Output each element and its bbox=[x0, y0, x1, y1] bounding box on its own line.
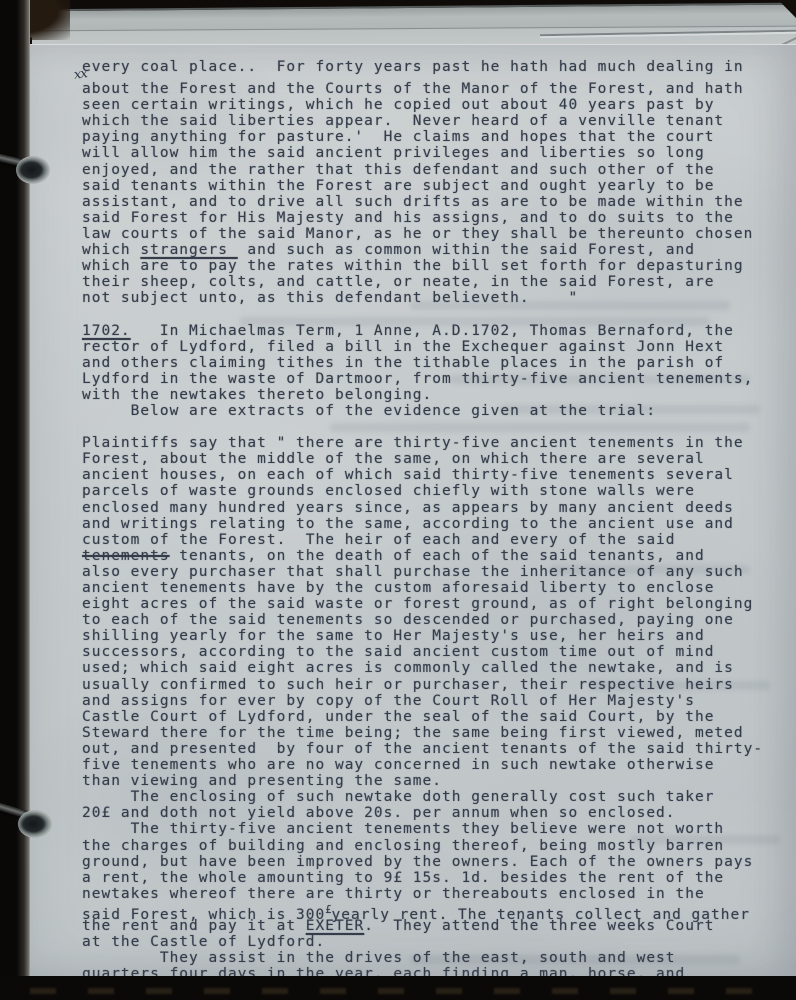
text-line: which strangers and such as common withi… bbox=[82, 242, 772, 258]
text-line: said Forest for His Majesty and his assi… bbox=[82, 210, 772, 226]
text-line: Forest, about the middle of the same, on… bbox=[82, 451, 772, 467]
page-stack-fore-edges bbox=[30, 988, 770, 994]
text-line: five tenements who are no way concerned … bbox=[82, 757, 772, 773]
text-line: usually confirmed to such heir or purcha… bbox=[82, 677, 772, 693]
punched-hole-bottom bbox=[18, 810, 52, 838]
text-line: ground, but have been improved by the ow… bbox=[82, 854, 772, 870]
text-line: Below are extracts of the evidence given… bbox=[82, 403, 772, 419]
text-line: shilling yearly for the same to Her Maje… bbox=[82, 628, 772, 644]
text-line: law courts of the said Manor, as he or t… bbox=[82, 226, 772, 242]
text-line: custom of the Forest. The heir of each a… bbox=[82, 532, 772, 548]
text-line: a rent, the whole amounting to 9£ 15s. 1… bbox=[82, 870, 772, 886]
text-line: ancient tenements have by the custom afo… bbox=[82, 580, 772, 596]
text-line: ancient houses, on each of which said th… bbox=[82, 467, 772, 483]
text-line: They assist in the drives of the east, s… bbox=[82, 950, 772, 966]
text-line: their sheep, colts, and cattle, or neate… bbox=[82, 274, 772, 290]
text-line: the charges of building and enclosing th… bbox=[82, 838, 772, 854]
text-line: said tenants within the Forest are subje… bbox=[82, 178, 772, 194]
binder-spine-gutter bbox=[0, 0, 30, 1000]
text-line: 20£ and doth not yield above 20s. per an… bbox=[82, 805, 772, 821]
text-line: Steward there for the time being; the sa… bbox=[82, 725, 772, 741]
text-line: and assigns for ever by copy of the Cour… bbox=[82, 693, 772, 709]
text-line: assistant, and to drive all such drifts … bbox=[82, 194, 772, 210]
text-line: with the newtakes thereto belonging. bbox=[82, 387, 772, 403]
text-line: Plaintiffs say that " there are thirty-f… bbox=[82, 435, 772, 451]
text-line: will allow him the said ancient privileg… bbox=[82, 145, 772, 161]
text-line: every coal place.. For forty years past … bbox=[82, 59, 772, 75]
text-line: paying anything for pasture.' He claims … bbox=[82, 129, 772, 145]
text-line: about the Forest and the Courts of the M… bbox=[82, 81, 772, 97]
photo-frame: xx every coal place.. For forty years pa… bbox=[0, 0, 796, 1000]
document-page: xx every coal place.. For forty years pa… bbox=[28, 44, 796, 977]
text-line: not subject unto, as this defendant beli… bbox=[82, 290, 772, 306]
text-line: at the Castle of Lydford. bbox=[82, 934, 772, 950]
text-line: used; which said eight acres is commonly… bbox=[82, 660, 772, 676]
blank-line bbox=[82, 306, 772, 322]
text-line: which the said liberties appear. Never h… bbox=[82, 113, 772, 129]
text-line: to each of the said tenements so descend… bbox=[82, 612, 772, 628]
text-line: 1702. In Michaelmas Term, 1 Anne, A.D.17… bbox=[82, 323, 772, 339]
text-line: tenements tenants, on the death of each … bbox=[82, 548, 772, 564]
text-line: newtakes whereof there are thirty or the… bbox=[82, 886, 772, 902]
text-line: Lydford in the waste of Dartmoor, from t… bbox=[82, 371, 772, 387]
text-line: Castle Court of Lydford, under the seal … bbox=[82, 709, 772, 725]
punched-hole-top bbox=[16, 156, 50, 184]
text-line: The thirty-five ancient tenements they b… bbox=[82, 821, 772, 837]
text-line: parcels of waste grounds enclosed chiefl… bbox=[82, 483, 772, 499]
text-line: rector of Lydford, filed a bill in the E… bbox=[82, 339, 772, 355]
blank-line bbox=[82, 419, 772, 435]
text-line: out, and presented by four of the ancien… bbox=[82, 741, 772, 757]
text-line: and others claiming tithes in the tithab… bbox=[82, 355, 772, 371]
text-line: seen certain writings, which he copied o… bbox=[82, 97, 772, 113]
text-line: which are to pay the rates within the bi… bbox=[82, 258, 772, 274]
text-line: than viewing and presenting the same. bbox=[82, 773, 772, 789]
typewritten-text: every coal place.. For forty years past … bbox=[82, 59, 772, 982]
text-line: also every purchaser that shall purchase… bbox=[82, 564, 772, 580]
text-line: said Forest, which is 300£yearly rent. T… bbox=[82, 902, 772, 918]
text-line: The enclosing of such newtake doth gener… bbox=[82, 789, 772, 805]
text-line: enjoyed, and the rather that this defend… bbox=[82, 162, 772, 178]
text-line: successors, according to the said ancien… bbox=[82, 644, 772, 660]
text-line: enclosed many hundred years since, as ap… bbox=[82, 500, 772, 516]
text-line: eight acres of the said waste or forest … bbox=[82, 596, 772, 612]
text-line: the rent and pay it at EXETER. They atte… bbox=[82, 918, 772, 934]
text-line: and writings relating to the same, accor… bbox=[82, 516, 772, 532]
